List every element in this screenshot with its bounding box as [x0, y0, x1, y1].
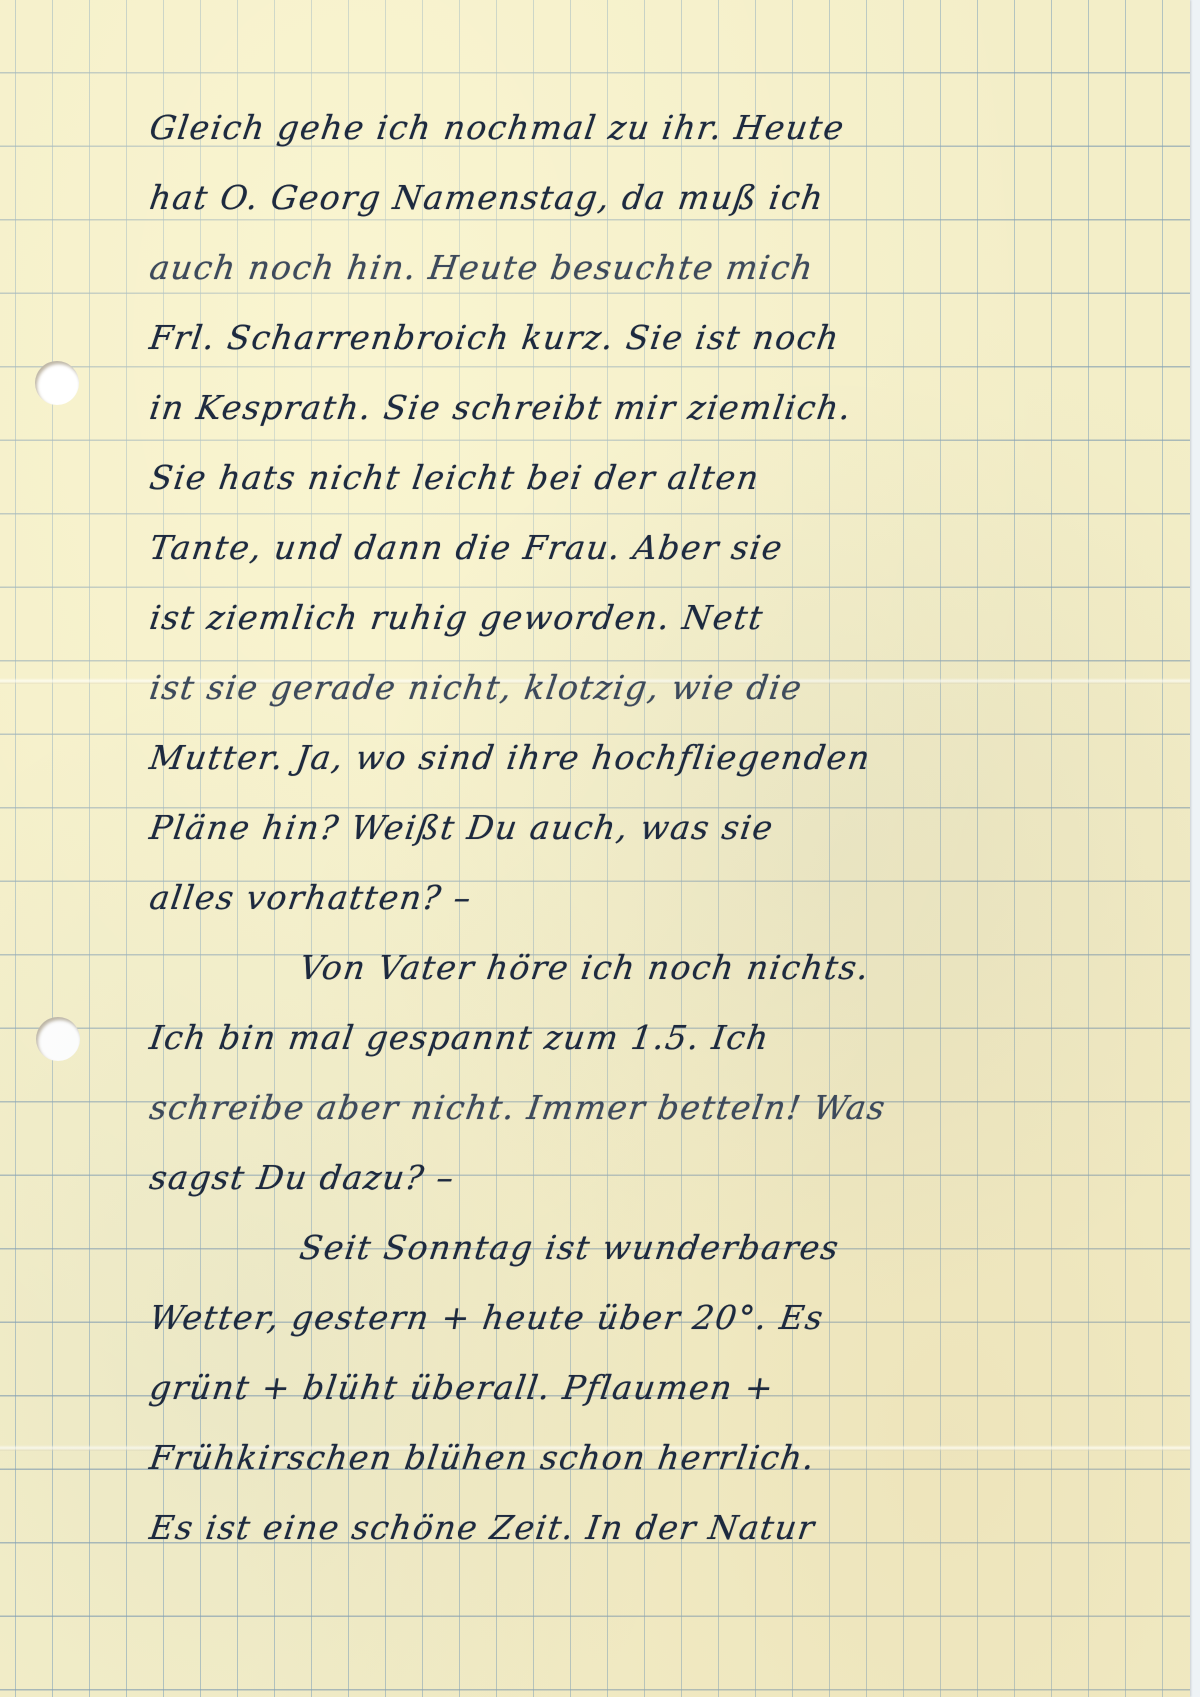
letter-line: grünt + blüht überall. Pflaumen + [147, 1368, 1152, 1407]
letter-line: Von Vater höre ich noch nichts. [297, 948, 1200, 987]
letter-line: ist ziemlich ruhig geworden. Nett [147, 598, 1152, 637]
letter-line: Gleich gehe ich nochmal zu ihr. Heute [147, 108, 1152, 147]
letter-line: Pläne hin? Weißt Du auch, was sie [147, 808, 1152, 847]
letter-line: Mutter. Ja, wo sind ihre hochfliegenden [147, 738, 1152, 777]
letter-line: auch noch hin. Heute besuchte mich [147, 248, 1152, 287]
letter-page: Gleich gehe ich nochmal zu ihr. Heute ha… [0, 0, 1190, 1697]
letter-line: ist sie gerade nicht, klotzig, wie die [147, 668, 1152, 707]
letter-line: hat O. Georg Namenstag, da muß ich [147, 178, 1152, 217]
letter-line: Tante, und dann die Frau. Aber sie [147, 528, 1152, 567]
letter-line: Frühkirschen blühen schon herrlich. [147, 1438, 1152, 1477]
letter-line: Es ist eine schöne Zeit. In der Natur [147, 1508, 1152, 1547]
letter-line: Wetter, gestern + heute über 20°. Es [147, 1298, 1152, 1337]
letter-line: in Kesprath. Sie schreibt mir ziemlich. [147, 388, 1152, 427]
letter-line: Ich bin mal gespannt zum 1.5. Ich [147, 1018, 1152, 1057]
letter-line: Seit Sonntag ist wunderbares [297, 1228, 1200, 1267]
letter-line: sagst Du dazu? – [147, 1158, 1152, 1197]
letter-line: alles vorhatten? – [147, 878, 1152, 917]
letter-line: schreibe aber nicht. Immer betteln! Was [147, 1088, 1152, 1127]
letter-line: Sie hats nicht leicht bei der alten [147, 458, 1152, 497]
letter-body: Gleich gehe ich nochmal zu ihr. Heute ha… [0, 0, 1190, 1697]
letter-line: Frl. Scharrenbroich kurz. Sie ist noch [147, 318, 1152, 357]
